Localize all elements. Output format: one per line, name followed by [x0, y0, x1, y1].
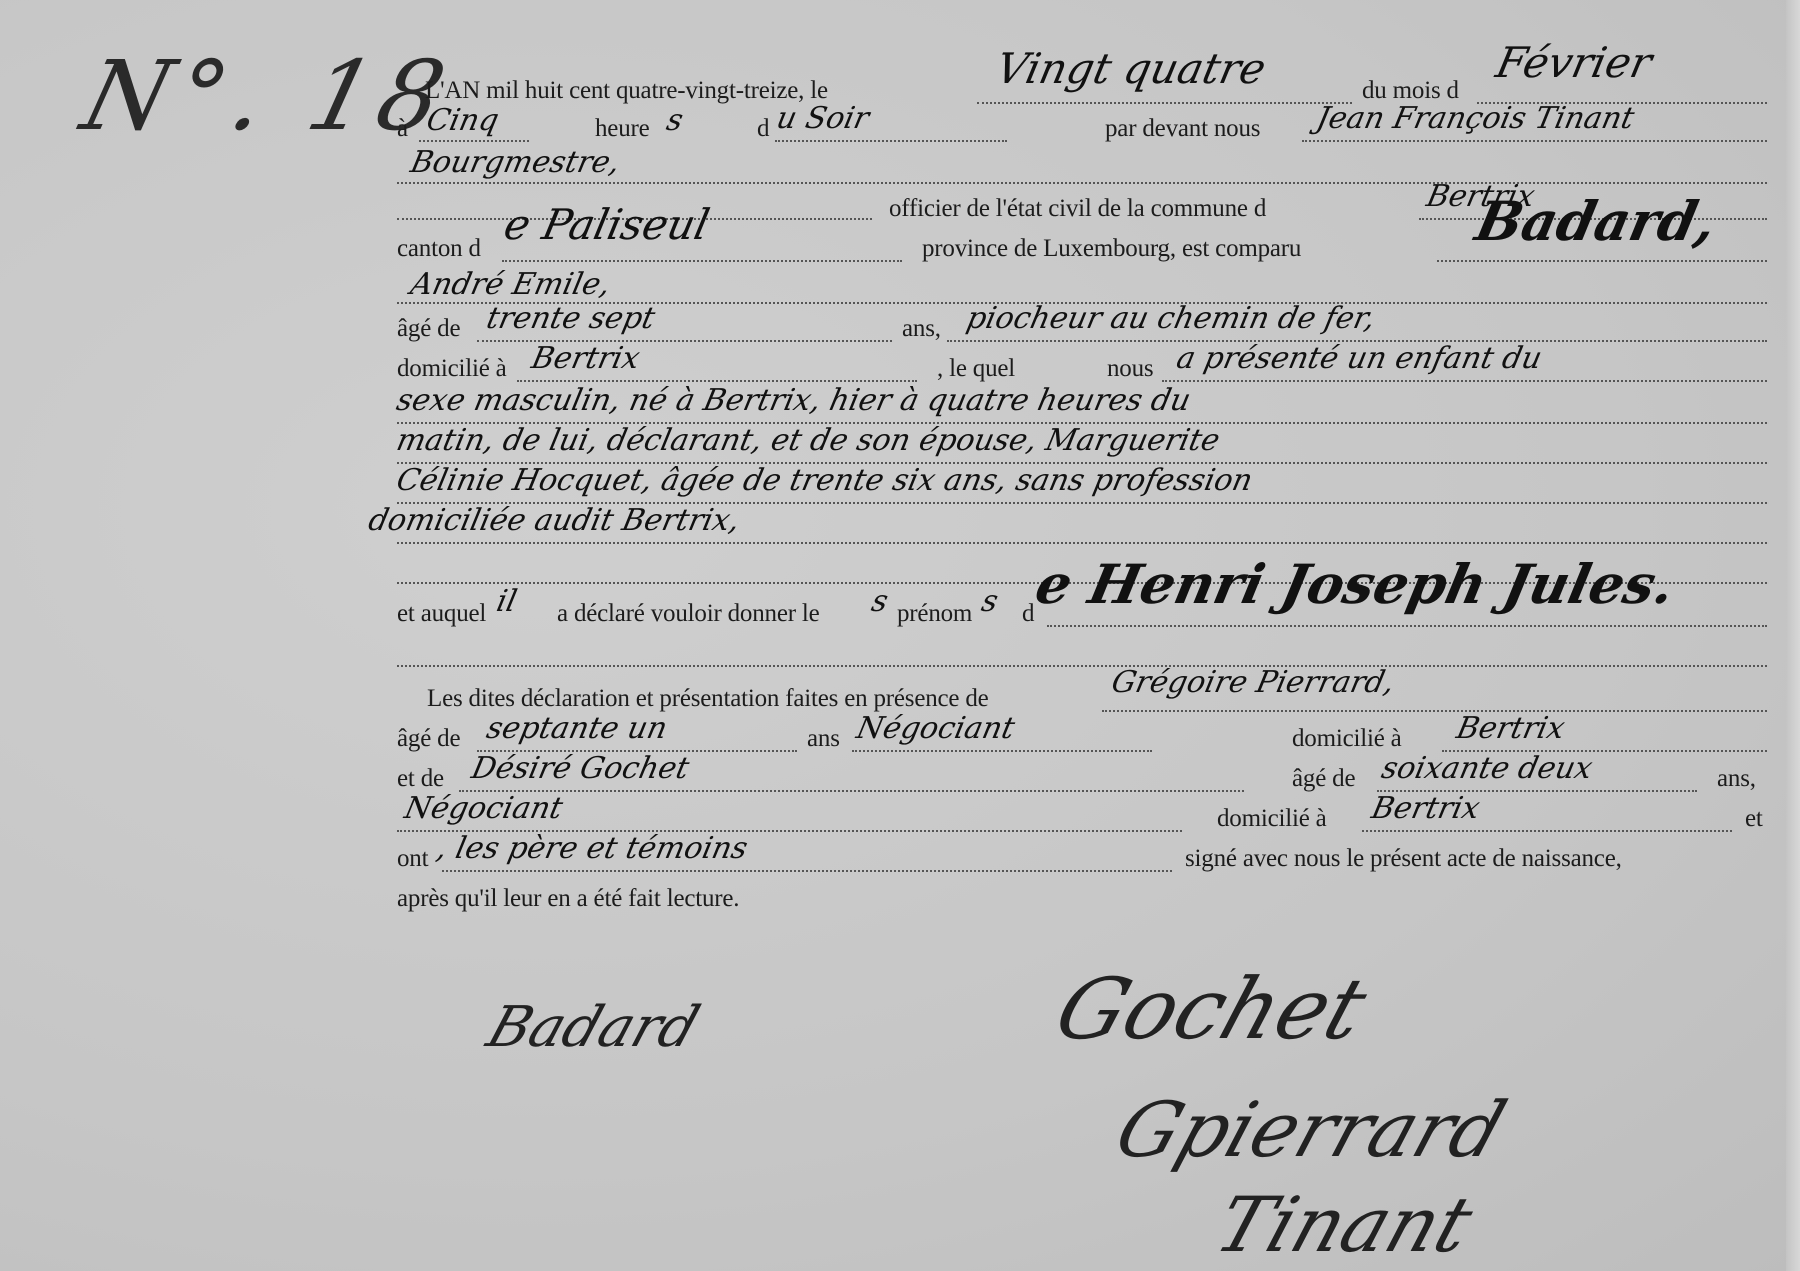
hour-plural: s [663, 104, 686, 138]
child-given-names: e Henri Joseph Jules. [1033, 567, 1677, 601]
line-officer-title: Bourgmestre, [397, 140, 1767, 180]
witness1-name: Grégoire Pierrard, [1108, 666, 1397, 700]
signers-text: , les père et témoins [433, 832, 750, 866]
witness1-profession: Négociant [853, 712, 1017, 746]
officer-title: Bourgmestre, [407, 146, 622, 180]
presented-text: a présenté un enfant du [1173, 342, 1544, 376]
line-witness2-details: Négociant domicilié à Bertrix et [397, 790, 1767, 830]
line-canton: canton d e Paliseul province de Luxembou… [397, 220, 1767, 260]
period-value: u Soir [773, 102, 872, 136]
prenom-plural: s [978, 585, 1001, 619]
witness2-name: Désiré Gochet [468, 752, 692, 786]
line-witness1: Les dites déclaration et présentation fa… [397, 670, 1767, 710]
line-birth-time-mother: matin, de lui, déclarant, et de son épou… [397, 420, 1767, 460]
signature-gochet: Gochet [1044, 960, 1378, 1058]
witness1-age: septante un [483, 712, 670, 746]
canton-value: e Paliseul [501, 208, 712, 242]
signature-badard: Badard [479, 995, 707, 1060]
month-value: Février [1493, 46, 1654, 80]
line-declarant-domicile: domicilié à Bertrix , le quel nous a pré… [397, 340, 1767, 380]
witness2-profession: Négociant [401, 792, 565, 826]
line-witness2: et de Désiré Gochet âgé de soixante deux… [397, 750, 1767, 790]
line-blank-2 [397, 625, 1767, 665]
line-mother-name: Célinie Hocquet, âgée de trente six ans,… [397, 460, 1767, 500]
line-signed: ont , les père et témoins signé avec nou… [397, 830, 1767, 870]
hour-value: Cinq [423, 104, 501, 138]
line-hour: à Cinq heure s d u Soir par devant nous … [397, 100, 1767, 140]
day-value: Vingt quatre [993, 52, 1268, 86]
mother-domicile: domiciliée audit Bertrix, [365, 504, 742, 538]
declarant-given-names: André Emile, [407, 268, 613, 302]
names-plural: s [868, 585, 891, 619]
printed-text: après qu'il leur en a été fait lecture. [397, 884, 739, 914]
child-sex-birth: sexe masculin, né à Bertrix, hier à quat… [393, 384, 1193, 418]
page-edge [1786, 0, 1800, 1271]
mother-name-age: Célinie Hocquet, âgée de trente six ans,… [393, 464, 1255, 498]
line-child-sex: sexe masculin, né à Bertrix, hier à quat… [397, 380, 1767, 420]
pronoun: il [493, 585, 519, 619]
signature-pierrard: Gpierrard [1106, 1085, 1517, 1174]
declarant-age: trente sept [483, 302, 657, 336]
line-date: L'AN mil huit cent quatre-vingt-treize, … [397, 60, 1767, 100]
line-given-names: et auquel il a déclaré vouloir donner le… [397, 585, 1767, 625]
witness2-age: soixante deux [1378, 752, 1595, 786]
line-declarant-given: André Emile, [397, 260, 1767, 300]
witness2-domicile: Bertrix [1368, 792, 1482, 826]
declarant-domicile: Bertrix [528, 342, 642, 376]
line-mother-domicile: domiciliée audit Bertrix, [397, 500, 1767, 540]
officer-name: Jean François Tinant [1313, 102, 1637, 136]
signature-tinant: Tinant [1206, 1180, 1484, 1269]
line-reading: après qu'il leur en a été fait lecture. [397, 870, 1767, 910]
line-witness1-details: âgé de septante un ans Négociant domicil… [397, 710, 1767, 750]
declarant-surname: Badard, [1473, 204, 1719, 238]
declarant-profession: piocheur au chemin de fer, [963, 302, 1378, 336]
line-declarant-age: âgé de trente sept ans, piocheur au chem… [397, 300, 1767, 340]
mother-text: matin, de lui, déclarant, et de son épou… [393, 424, 1222, 458]
witness1-domicile: Bertrix [1453, 712, 1567, 746]
